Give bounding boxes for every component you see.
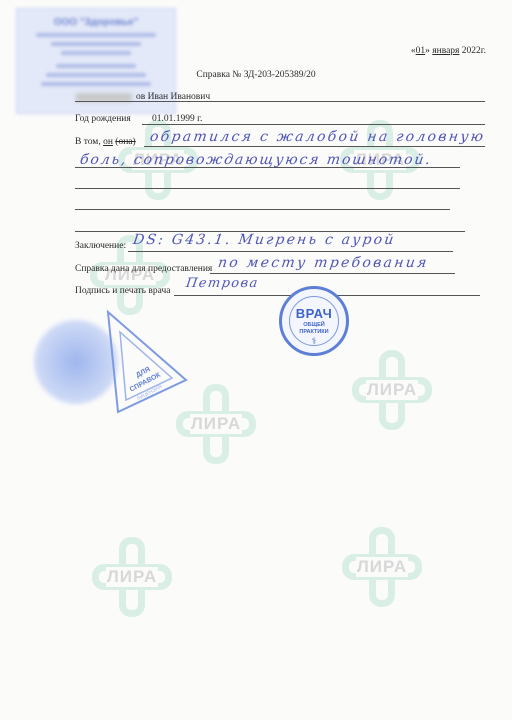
birth-line	[142, 124, 485, 125]
document-title: Справка № ЗД-203-205389/20	[0, 70, 512, 80]
watermark-logo: ЛИРА	[92, 537, 172, 617]
purpose-line	[210, 273, 455, 274]
patient-name-line	[75, 101, 485, 102]
date-month: января	[432, 46, 459, 56]
complaint-line-3	[75, 188, 460, 189]
organization-name: ООО "Здоровье"	[17, 17, 175, 28]
doctor-stamp: ВРАЧ ОБЩЕЙ ПРАКТИКИ ⚕	[279, 286, 349, 356]
complaint-label: В том, он (она)	[75, 137, 136, 147]
document-date: «01» января 2022г.	[411, 46, 486, 56]
purpose-label: Справка дана для предоставления	[75, 264, 212, 274]
triangle-stamp: ДЛЯ СПРАВОК ЛИЦЕНЗИЯ	[100, 308, 190, 418]
purpose-handwritten: по месту требования	[217, 255, 430, 271]
signature-label: Подпись и печать врача	[75, 286, 170, 296]
birth-value: 01.01.1999 г.	[152, 114, 202, 124]
complaint-handwritten-line1: обратился с жалобой на головную	[149, 129, 487, 145]
watermark-logo: ЛИРА	[342, 527, 422, 607]
birth-label: Год рождения	[75, 114, 131, 124]
doctor-stamp-title: ВРАЧ	[282, 306, 346, 321]
conclusion-handwritten: DS: G43.1. Мигрень с аурой	[132, 232, 397, 248]
signature-handwritten: Петрова	[185, 276, 260, 291]
complaint-handwritten-line2: боль, сопровождающуюся тошнотой.	[79, 152, 433, 168]
date-day: 01	[416, 46, 426, 56]
watermark-text: ЛИРА	[92, 567, 172, 587]
complaint-line-2	[75, 167, 460, 168]
watermark-logo: ЛИРА	[352, 350, 432, 430]
conclusion-label: Заключение:	[75, 241, 126, 251]
complaint-line-1	[144, 146, 485, 147]
caduceus-icon: ⚕	[282, 336, 346, 347]
watermark-text: ЛИРА	[352, 380, 432, 400]
date-year: 2022г.	[462, 46, 486, 56]
watermark-text: ЛИРА	[342, 557, 422, 577]
complaint-line-4	[75, 209, 450, 210]
conclusion-line	[128, 251, 453, 252]
